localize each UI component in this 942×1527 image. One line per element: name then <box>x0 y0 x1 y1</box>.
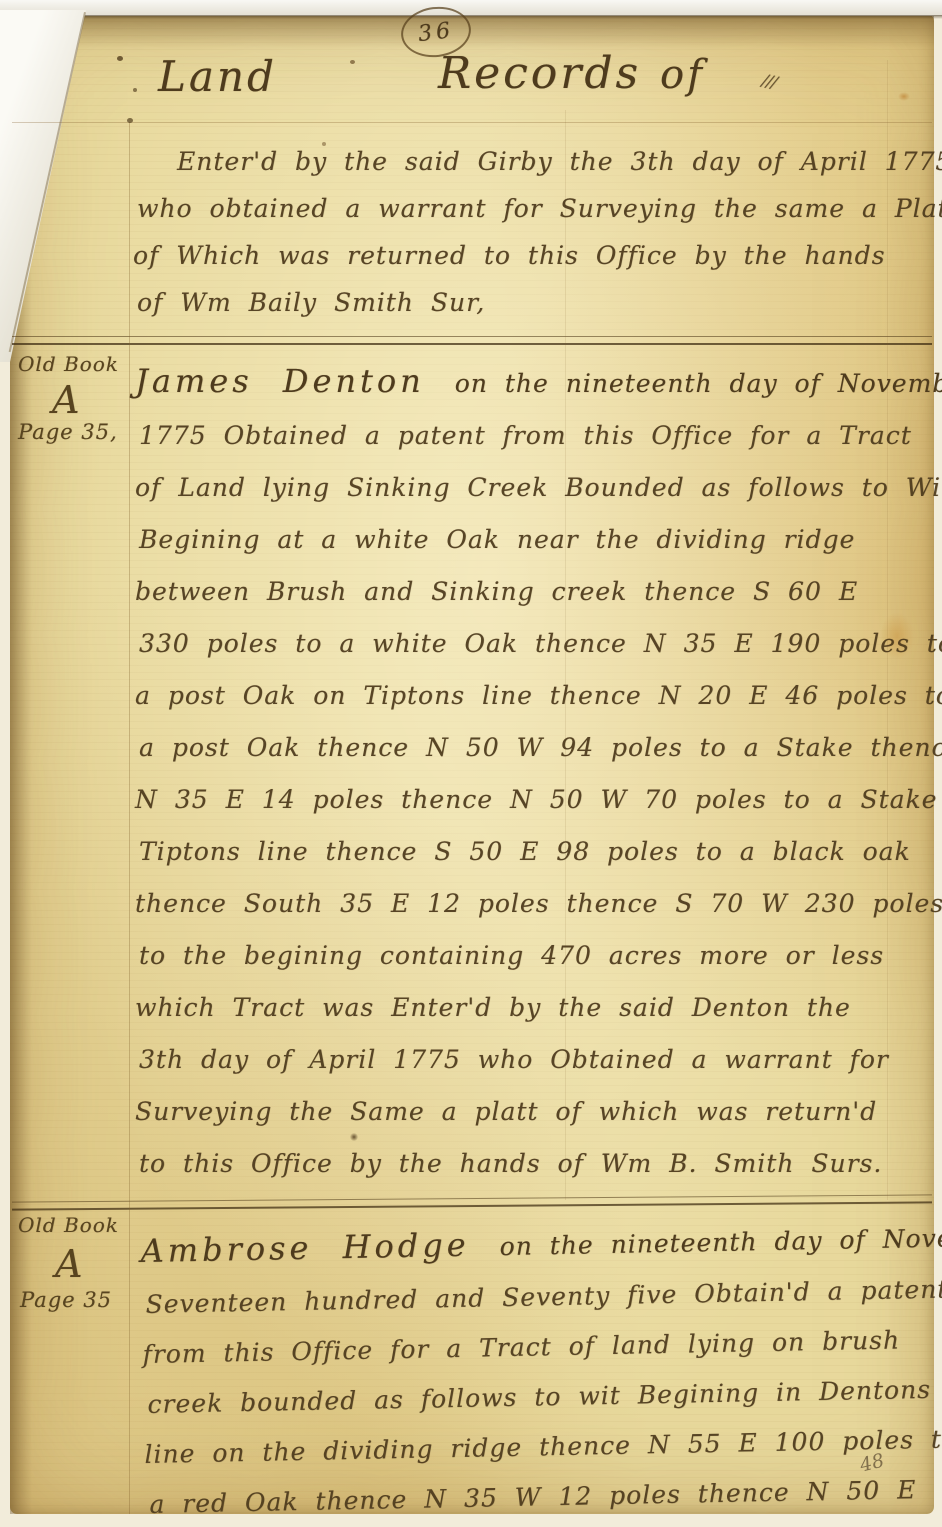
ink-speck <box>117 56 123 61</box>
margin-book-letter: A <box>52 378 79 422</box>
margin-rule <box>129 122 130 1514</box>
manuscript-line: thence South 35 E 12 poles thence S 70 W… <box>135 878 935 930</box>
margin-old-book-label: Old Book <box>18 352 119 376</box>
manuscript-line: Tiptons line thence S 50 E 98 poles to a… <box>135 826 935 878</box>
margin-page-label: Page 35, <box>18 420 118 444</box>
ink-speck <box>133 88 137 92</box>
ink-speck <box>350 60 355 64</box>
grantee-name: James Denton <box>135 362 425 400</box>
ink-speck <box>127 118 133 123</box>
manuscript-line: a post Oak on Tiptons line thence N 20 E… <box>135 670 935 722</box>
title-word-land: Land <box>158 52 277 101</box>
manuscript-line: 3th day of April 1775 who Obtained a war… <box>135 1034 935 1086</box>
manuscript-line: of Wm Baily Smith Sur, <box>133 279 933 326</box>
manuscript-line: of Land lying Sinking Creek Bounded as f… <box>135 462 935 514</box>
manuscript-line-rest: on the nineteenth day of November <box>499 1222 942 1261</box>
section-divider-1 <box>12 336 932 345</box>
manuscript-line: Surveying the Same a platt of which was … <box>135 1086 935 1138</box>
manuscript-line: 330 poles to a white Oak thence N 35 E 1… <box>135 618 935 670</box>
paper-top-shading <box>10 14 934 48</box>
entry-james-denton: James Dentonon the nineteenth day of Nov… <box>135 352 935 1190</box>
margin-book-letter: A <box>55 1242 82 1286</box>
manuscript-line: to this Office by the hands of Wm B. Smi… <box>135 1138 935 1190</box>
manuscript-line: 1775 Obtained a patent from this Office … <box>135 410 935 462</box>
grantee-name: Ambrose Hodge <box>140 1226 470 1270</box>
manuscript-line: N 35 E 14 poles thence N 50 W 70 poles t… <box>135 774 935 826</box>
page-edge-shadow <box>0 15 942 19</box>
manuscript-line: to the begining containing 470 acres mor… <box>135 930 935 982</box>
margin-page-label: Page 35 <box>20 1288 112 1312</box>
title-word-records: Records <box>438 48 641 99</box>
manuscript-line: Begining at a white Oak near the dividin… <box>135 514 935 566</box>
title-rule <box>12 122 932 123</box>
manuscript-line: Enter'd by the said Girby the 3th day of… <box>133 138 933 185</box>
manuscript-line: which Tract was Enter'd by the said Dent… <box>135 982 935 1034</box>
scanned-ledger-page: 36 Land Records of /// Enter'd by the sa… <box>0 0 942 1527</box>
margin-old-book-label: Old Book <box>18 1213 119 1237</box>
manuscript-line: a post Oak thence N 50 W 94 poles to a S… <box>135 722 935 774</box>
manuscript-line: James Dentonon the nineteenth day of Nov… <box>135 352 935 410</box>
manuscript-line: of Which was returned to this Office by … <box>133 232 933 279</box>
intro-paragraph: Enter'd by the said Girby the 3th day of… <box>133 138 933 326</box>
stain <box>898 92 910 101</box>
page-number: 36 <box>417 17 456 46</box>
adjacent-page-edge <box>0 0 942 16</box>
manuscript-line: between Brush and Sinking creek thence S… <box>135 566 935 618</box>
manuscript-line: who obtained a warrant for Surveying the… <box>133 185 933 232</box>
entry-ambrose-hodge: Ambrose Hodgeon the nineteenth day of No… <box>140 1207 942 1527</box>
title-word-of: of <box>660 52 705 98</box>
manuscript-line-rest: on the nineteenth day of November <box>455 369 942 398</box>
